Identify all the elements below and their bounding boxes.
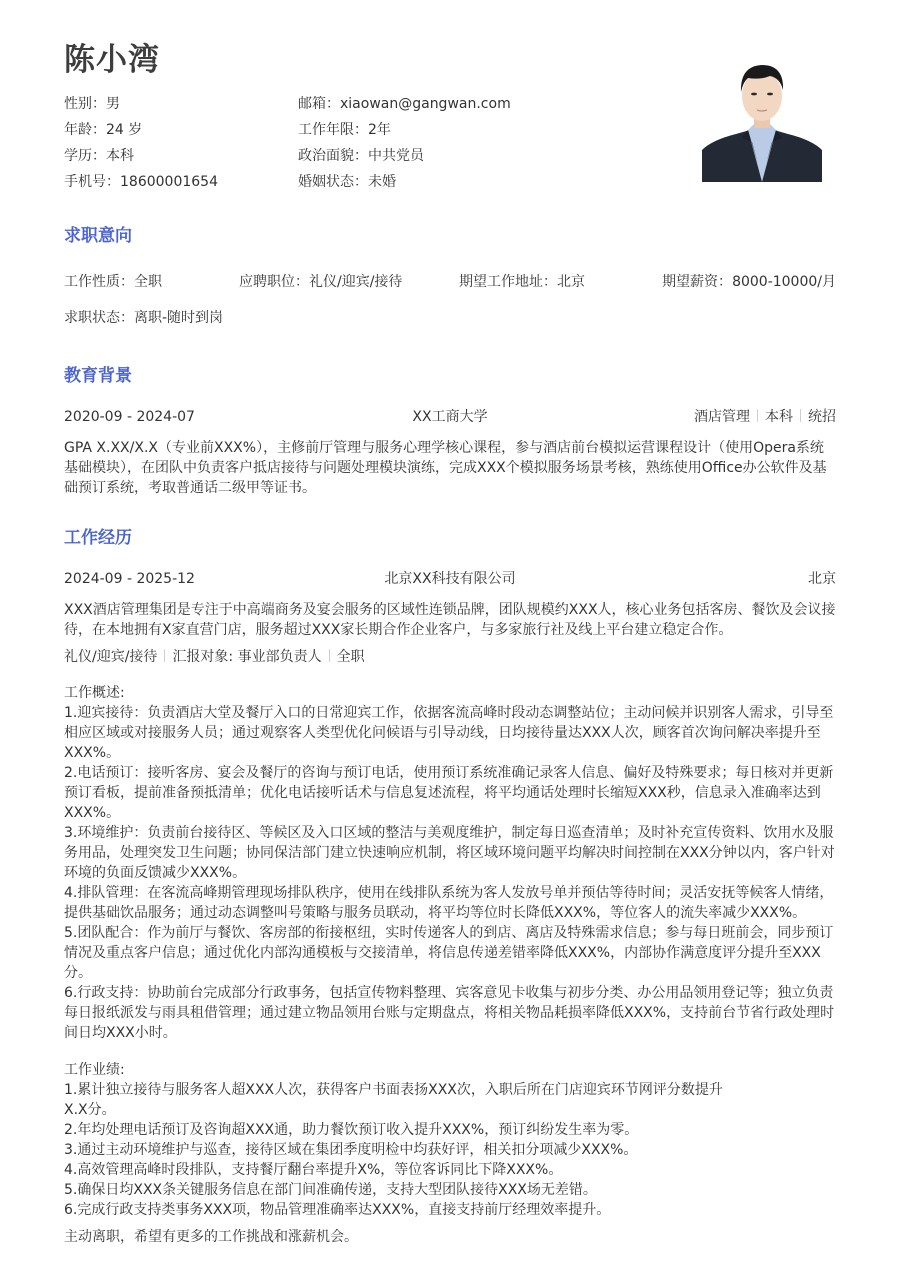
field-value: 男 (106, 96, 120, 112)
work-achievements-block: 工作业绩: 1.累计独立接待与服务客人超XXX人次，获得客户书面表扬XXX次，入… (64, 1060, 836, 1220)
field-value: 8000-10000/月 (732, 274, 836, 290)
work-type: 全职 (337, 649, 365, 665)
achievement-item: 3.通过主动环境维护与巡查，接待区域在集团季度明检中均获好评，相关扣分项减少XX… (64, 1140, 836, 1160)
achievement-item: 5.确保日均XXX条关键服务信息在部门间准确传递，支持大型团队接待XXX场无差错… (64, 1180, 836, 1200)
field-label: 学历： (64, 148, 106, 164)
field-value: 中共党员 (368, 148, 424, 164)
overview-item: 2.电话预订：接听客房、宴会及餐厅的咨询与预订电话，使用预订系统准确记录客人信息… (64, 763, 836, 823)
field-label: 邮箱： (298, 96, 340, 112)
field-label: 政治面貌： (298, 148, 368, 164)
field-label: 年龄： (64, 122, 106, 138)
candidate-name: 陈小湾 (64, 40, 160, 80)
intention-salary: 期望薪资：8000-10000/月 (662, 272, 836, 292)
education-degree: 本科 (765, 409, 793, 425)
intention-status: 求职状态：离职-随时到岗 (64, 308, 223, 328)
overview-item: 1.迎宾接待：负责酒店大堂及餐厅入口的日常迎宾工作，依据客流高峰时段动态调整站位… (64, 703, 836, 763)
age-field: 年龄：24 岁 (64, 120, 142, 140)
divider (757, 409, 758, 422)
work-period: 2024-09 - 2025-12 (64, 569, 195, 589)
achievements-title: 工作业绩: (64, 1060, 836, 1080)
divider (164, 649, 165, 662)
field-value: 全职 (134, 274, 162, 290)
work-overview-block: 工作概述: 1.迎宾接待：负责酒店大堂及餐厅入口的日常迎宾工作，依据客流高峰时段… (64, 683, 836, 1043)
section-title-job-intention: 求职意向 (64, 224, 132, 248)
email-field: 邮箱：xiaowan@gangwan.com (298, 94, 511, 114)
education-major: 酒店管理 (694, 409, 750, 425)
intention-work-type: 工作性质：全职 (64, 272, 162, 292)
field-value: 未婚 (368, 174, 396, 190)
overview-item: 6.行政支持：协助前台完成部分行政事务，包括宣传物料整理、宾客意见卡收集与初步分… (64, 983, 836, 1043)
education-school: XX工商大学 (350, 407, 550, 427)
section-title-work: 工作经历 (64, 526, 132, 550)
education-tags: 酒店管理本科统招 (694, 407, 836, 427)
field-label: 应聘职位： (239, 274, 309, 290)
leave-reason: 主动离职，希望有更多的工作挑战和涨薪机会。 (64, 1227, 836, 1247)
marital-status-field: 婚姻状态：未婚 (298, 172, 396, 192)
portrait-image (702, 52, 822, 182)
education-level-field: 学历：本科 (64, 146, 134, 166)
phone-field: 手机号：18600001654 (64, 172, 218, 192)
achievement-item: 2.年均处理电话预订及咨询超XXX通，助力餐饮预订收入提升XXX%，预订纠纷发生… (64, 1120, 836, 1140)
field-value: 本科 (106, 148, 134, 164)
company-intro: XXX酒店管理集团是专注于中高端商务及宴会服务的区域性连锁品牌，团队规模约XXX… (64, 600, 836, 640)
achievement-item: 6.完成行政支持类事务XXX项，物品管理准确率达XXX%，直接支持前厅经理效率提… (64, 1200, 836, 1220)
field-label: 婚姻状态： (298, 174, 368, 190)
education-period: 2020-09 - 2024-07 (64, 407, 195, 427)
field-label: 期望薪资： (662, 274, 732, 290)
work-tags: 礼仪/迎宾/接待汇报对象: 事业部负责人全职 (64, 647, 365, 667)
field-value: 离职-随时到岗 (134, 310, 223, 326)
field-value: 北京 (557, 274, 585, 290)
achievement-item: 4.高效管理高峰时段排队，支持餐厅翻台率提升X%，等位客诉同比下降XXX%。 (64, 1160, 836, 1180)
email-link[interactable]: xiaowan@gangwan.com (340, 96, 511, 112)
field-label: 性别： (64, 96, 106, 112)
achievement-item: 1.累计独立接待与服务客人超XXX人次，获得客户书面表扬XXX次，入职后所在门店… (64, 1080, 836, 1120)
profile-photo (702, 52, 822, 182)
field-label: 手机号： (64, 174, 120, 190)
field-label: 工作年限： (298, 122, 368, 138)
overview-item: 5.团队配合：作为前厅与餐饮、客房部的衔接枢纽，实时传递客人的到店、离店及特殊需… (64, 923, 836, 983)
divider (800, 409, 801, 422)
field-label: 工作性质： (64, 274, 134, 290)
field-value: 2年 (368, 122, 391, 138)
gender-field: 性别：男 (64, 94, 120, 114)
education-enrollment: 统招 (808, 409, 836, 425)
field-label: 期望工作地址： (459, 274, 557, 290)
divider (329, 649, 330, 662)
work-years-field: 工作年限：2年 (298, 120, 391, 140)
overview-title: 工作概述: (64, 683, 836, 703)
field-value: 18600001654 (120, 174, 218, 190)
field-value: 24 岁 (106, 122, 142, 138)
work-role: 礼仪/迎宾/接待 (64, 649, 157, 665)
overview-item: 4.排队管理：在客流高峰期管理现场排队秩序，使用在线排队系统为客人发放号单并预估… (64, 883, 836, 923)
field-value: 礼仪/迎宾/接待 (309, 274, 402, 290)
intention-position: 应聘职位：礼仪/迎宾/接待 (239, 272, 402, 292)
education-description: GPA X.XX/X.X（专业前XXX%），主修前厅管理与服务心理学核心课程，参… (64, 438, 836, 498)
section-title-education: 教育背景 (64, 364, 132, 388)
field-label: 求职状态： (64, 310, 134, 326)
intention-location: 期望工作地址：北京 (459, 272, 585, 292)
political-status-field: 政治面貌：中共党员 (298, 146, 424, 166)
work-report-to: 汇报对象: 事业部负责人 (172, 649, 321, 665)
work-city: 北京 (808, 569, 836, 589)
overview-item: 3.环境维护：负责前台接待区、等候区及入口区域的整洁与美观度维护，制定每日巡查清… (64, 823, 836, 883)
work-company: 北京XX科技有限公司 (350, 569, 550, 589)
